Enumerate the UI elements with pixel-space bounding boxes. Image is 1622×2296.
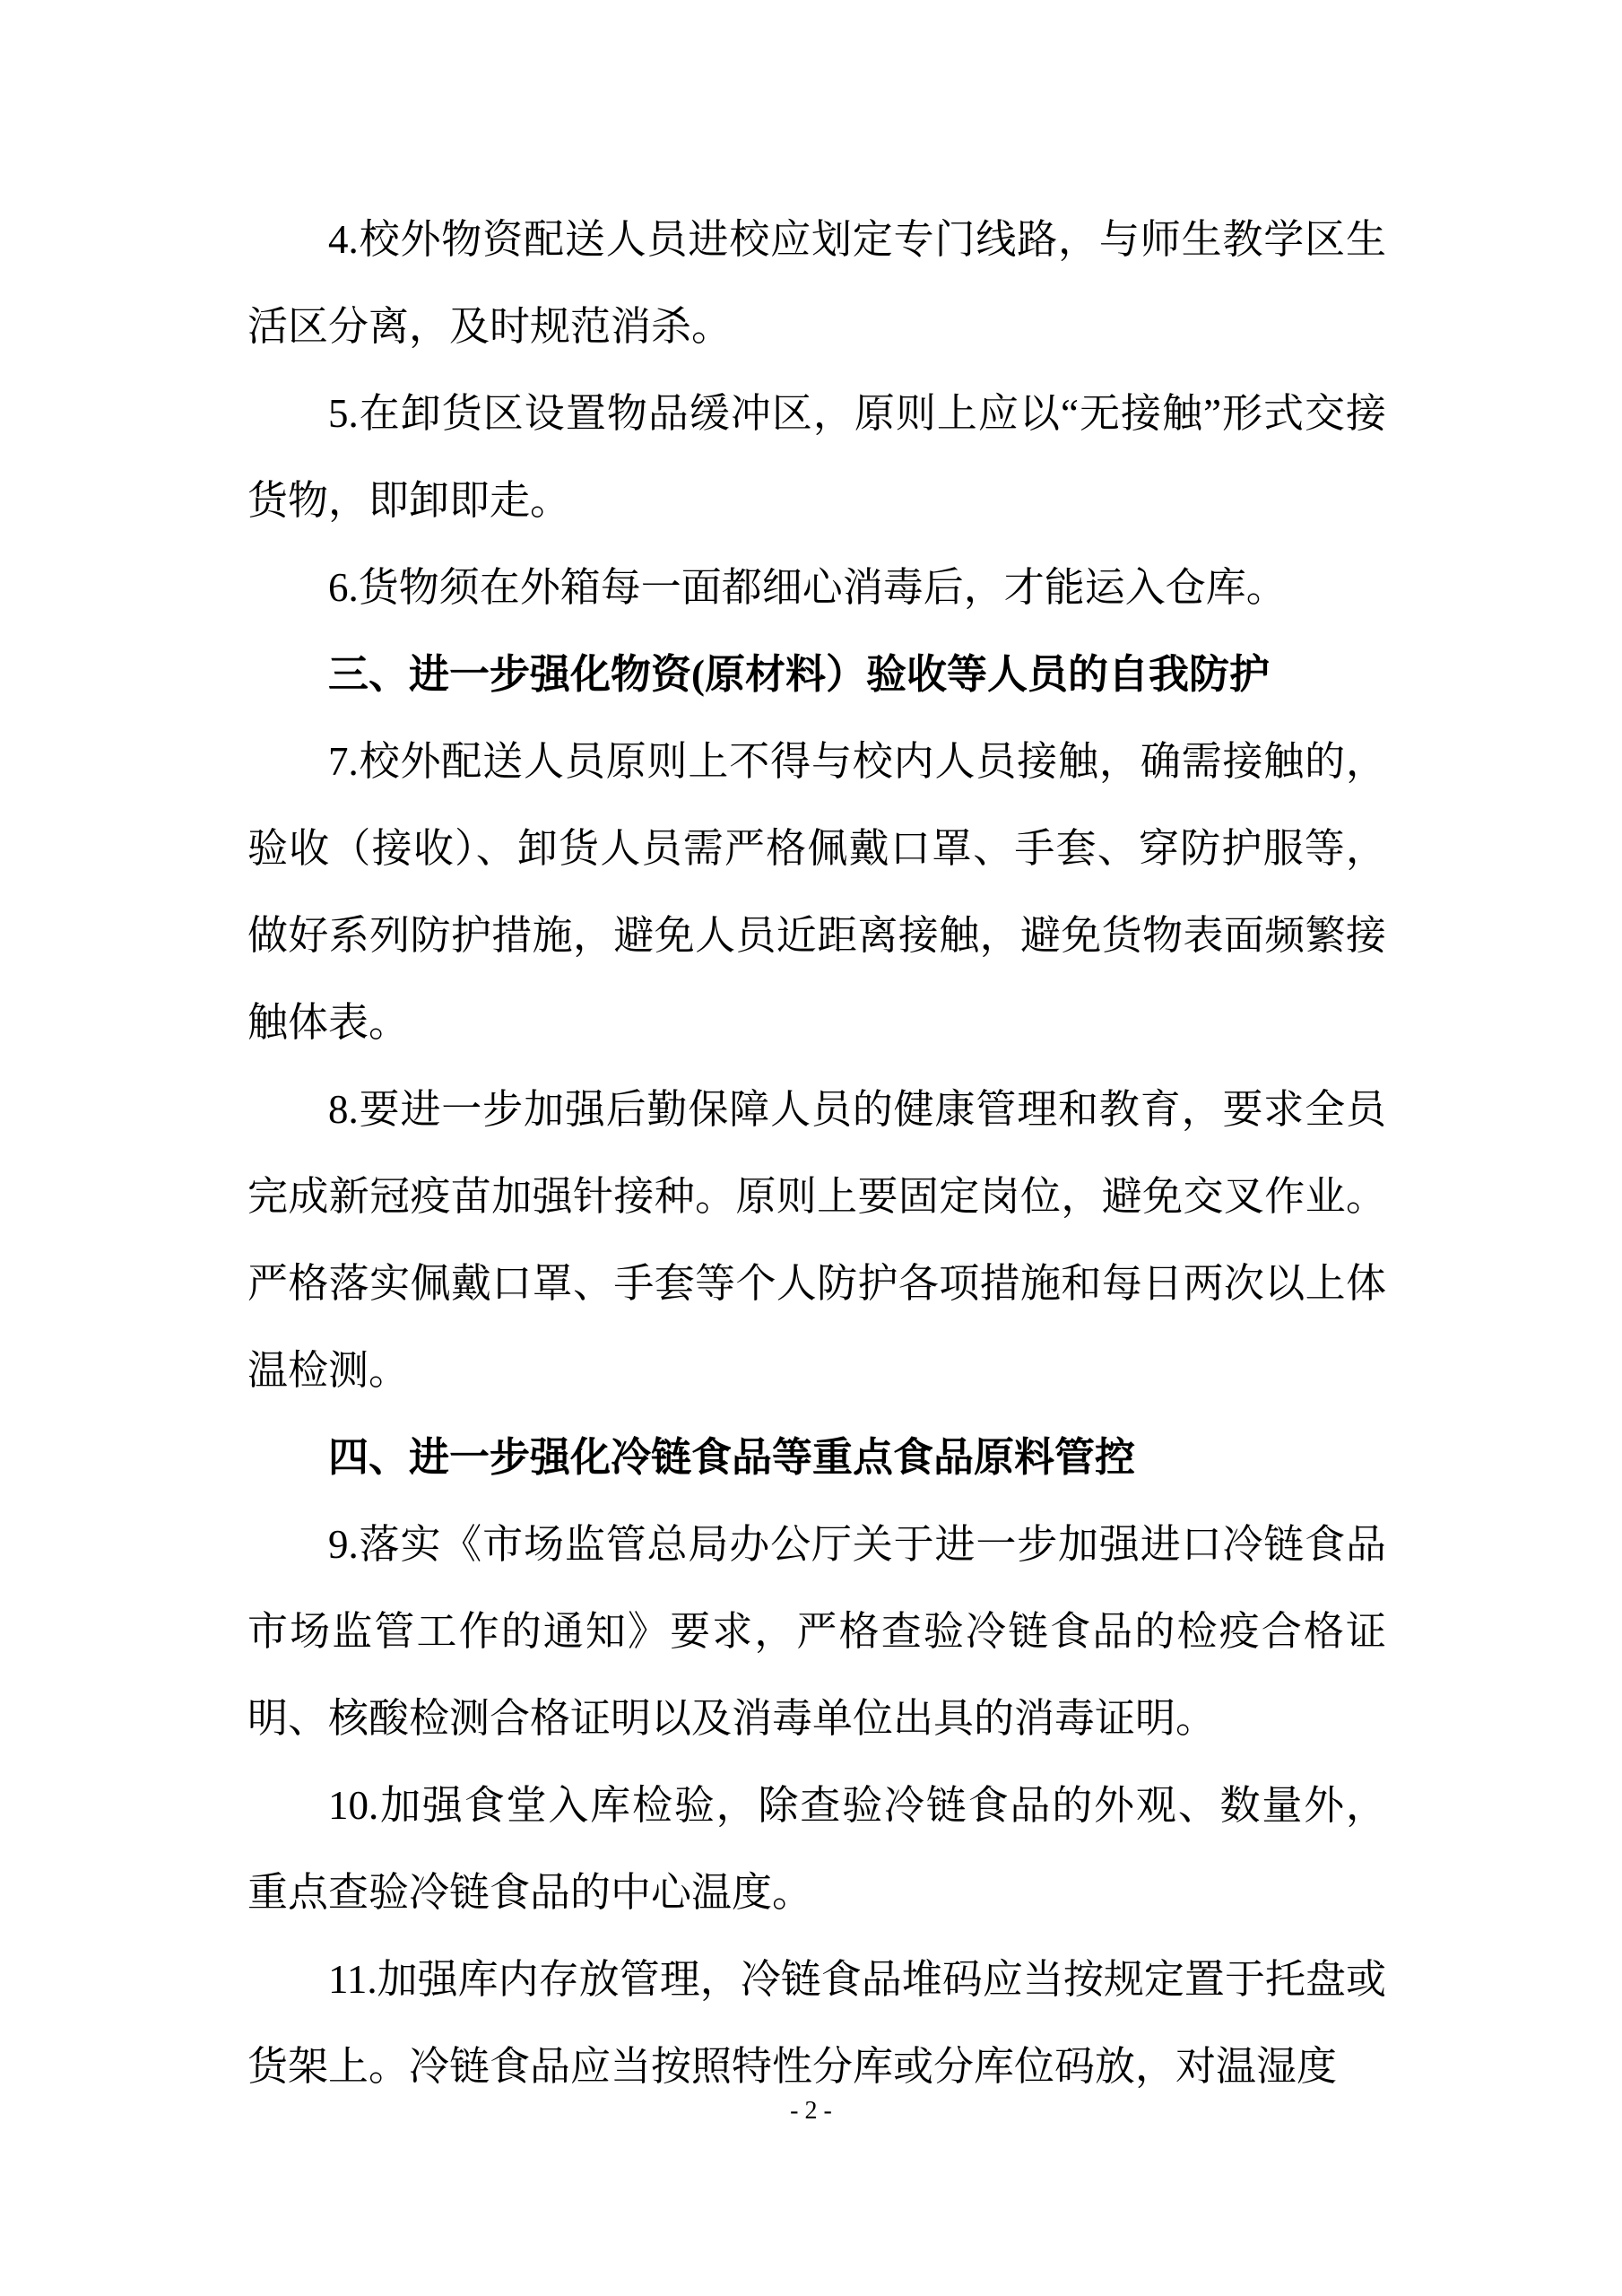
paragraph-item-6: 6.货物须在外箱每一面都细心消毒后，才能运入仓库。 — [247, 544, 1386, 631]
section-heading-three: 三、进一步强化物资(原材料）验收等人员的自我防护 — [247, 631, 1386, 718]
paragraph-item-10: 10.加强食堂入库检验，除查验冷链食品的外观、数量外，重点查验冷链食品的中心温度… — [247, 1762, 1386, 1936]
paragraph-item-5: 5.在卸货区设置物品缓冲区，原则上应以“无接触”形式交接货物，即卸即走。 — [247, 370, 1386, 544]
paragraph-item-11: 11.加强库内存放管理，冷链食品堆码应当按规定置于托盘或货架上。冷链食品应当按照… — [247, 1936, 1386, 2110]
paragraph-item-8: 8.要进一步加强后勤保障人员的健康管理和教育，要求全员完成新冠疫苗加强针接种。原… — [247, 1066, 1386, 1414]
section-heading-four: 四、进一步强化冷链食品等重点食品原料管控 — [247, 1414, 1386, 1501]
document-body: 4.校外物资配送人员进校应划定专门线路，与师生教学区生活区分离，及时规范消杀。 … — [247, 196, 1386, 2110]
paragraph-item-7: 7.校外配送人员原则上不得与校内人员接触，确需接触的，验收（接收）、卸货人员需严… — [247, 718, 1386, 1066]
paragraph-item-9: 9.落实《市场监管总局办公厅关于进一步加强进口冷链食品市场监管工作的通知》要求，… — [247, 1501, 1386, 1762]
paragraph-item-4: 4.校外物资配送人员进校应划定专门线路，与师生教学区生活区分离，及时规范消杀。 — [247, 196, 1386, 370]
page-number: - 2 - — [0, 2095, 1622, 2127]
document-page: { "page": { "number_label": "- 2 -" }, "… — [0, 0, 1622, 2296]
